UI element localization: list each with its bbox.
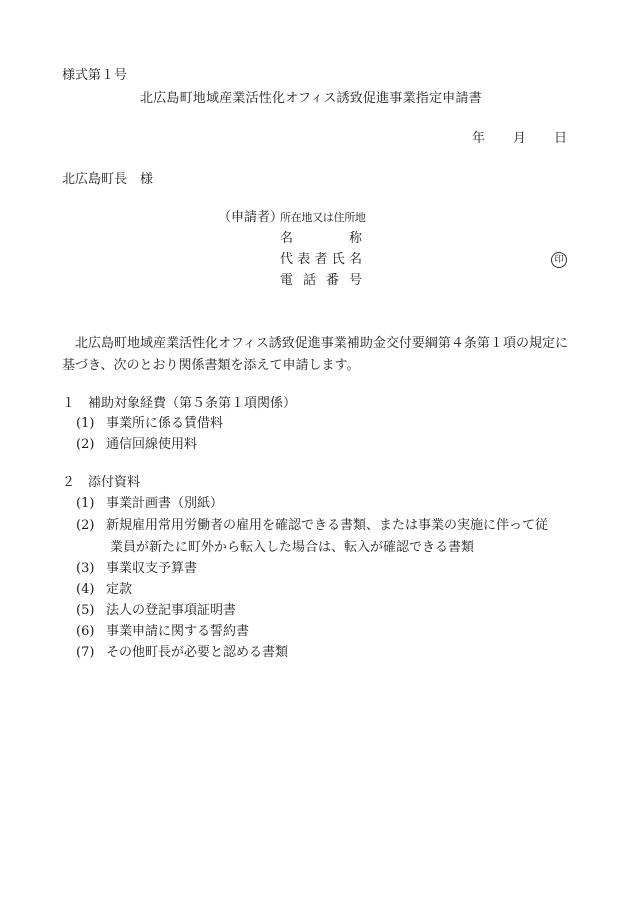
applicant-label: （申請者） bbox=[218, 210, 283, 226]
representative-label: 代 表 者 氏 名 bbox=[280, 252, 362, 268]
list-item: (5)法人の登記事項証明書 bbox=[76, 603, 236, 619]
list-item: (3)事業収支予算書 bbox=[76, 561, 197, 577]
list-item: (6)事業申請に関する誓約書 bbox=[76, 624, 249, 640]
list-item: (1)事業計画書（別紙） bbox=[76, 496, 223, 512]
section-1-heading: １ 補助対象経費（第５条第１項関係） bbox=[62, 396, 296, 412]
list-item: (2)新規雇用常用労働者の雇用を確認できる書類、または事業の実施に伴って従 bbox=[76, 518, 548, 534]
body-paragraph: 北広島町地域産業活性化オフィス誘致促進事業補助金交付要綱第４条第１項の規定に基づ… bbox=[62, 333, 568, 377]
section-2-heading: ２ 添付資料 bbox=[62, 475, 140, 491]
addressee: 北広島町長 様 bbox=[62, 172, 153, 188]
address-label: 所在地又は住所地 bbox=[280, 210, 366, 226]
date-month: 月 bbox=[513, 131, 526, 147]
list-item: (4)定款 bbox=[76, 582, 132, 598]
list-item: (7)その他町長が必要と認める書類 bbox=[76, 645, 288, 661]
date-day: 日 bbox=[554, 131, 567, 147]
form-number: 様式第１号 bbox=[62, 68, 127, 84]
document-title: 北広島町地域産業活性化オフィス誘致促進事業指定申請書 bbox=[140, 91, 482, 107]
name-label: 名 称 bbox=[280, 231, 362, 247]
list-item: (2)通信回線使用料 bbox=[76, 437, 197, 453]
date-year: 年 bbox=[472, 131, 485, 147]
phone-label: 電 話 番 号 bbox=[280, 273, 362, 289]
list-item: (1)事業所に係る賃借料 bbox=[76, 416, 223, 432]
seal-icon: 印 bbox=[551, 252, 567, 268]
list-item-continuation: 業員が新たに町外から転入した場合は、転入が確認できる書類 bbox=[110, 540, 474, 556]
